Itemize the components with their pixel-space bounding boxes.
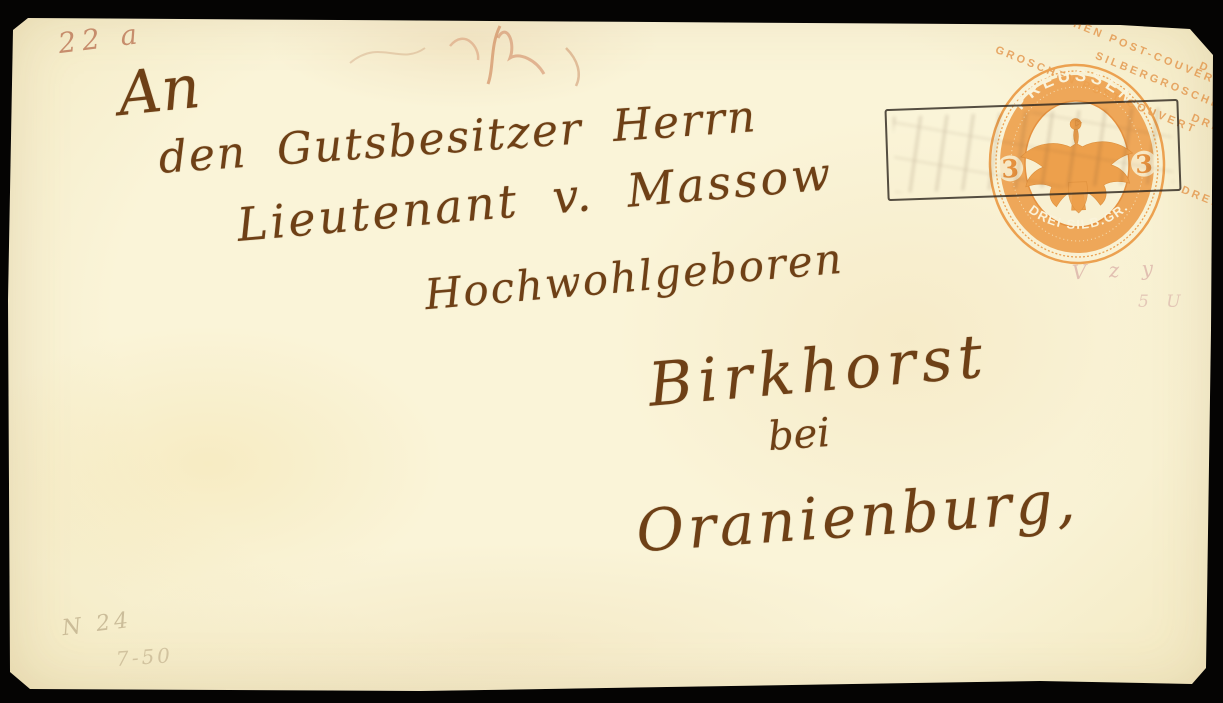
handwritten-address-block: An den Gutsbesitzer Herrn Lieutenant v. …: [0, 0, 1223, 703]
address-place: Birkhorst: [646, 321, 991, 420]
address-salutation: An: [115, 52, 204, 130]
address-honorific: Hochwohlgeboren: [423, 234, 846, 319]
envelope-paper: CHEN POST-COUVERT SILBERGROSCHEN POST-CO…: [0, 0, 1223, 703]
address-preposition: bei: [766, 410, 831, 460]
photo-of-postal-cover: CHEN POST-COUVERT SILBERGROSCHEN POST-CO…: [0, 0, 1223, 703]
address-town: Oranienburg,: [634, 467, 1081, 566]
